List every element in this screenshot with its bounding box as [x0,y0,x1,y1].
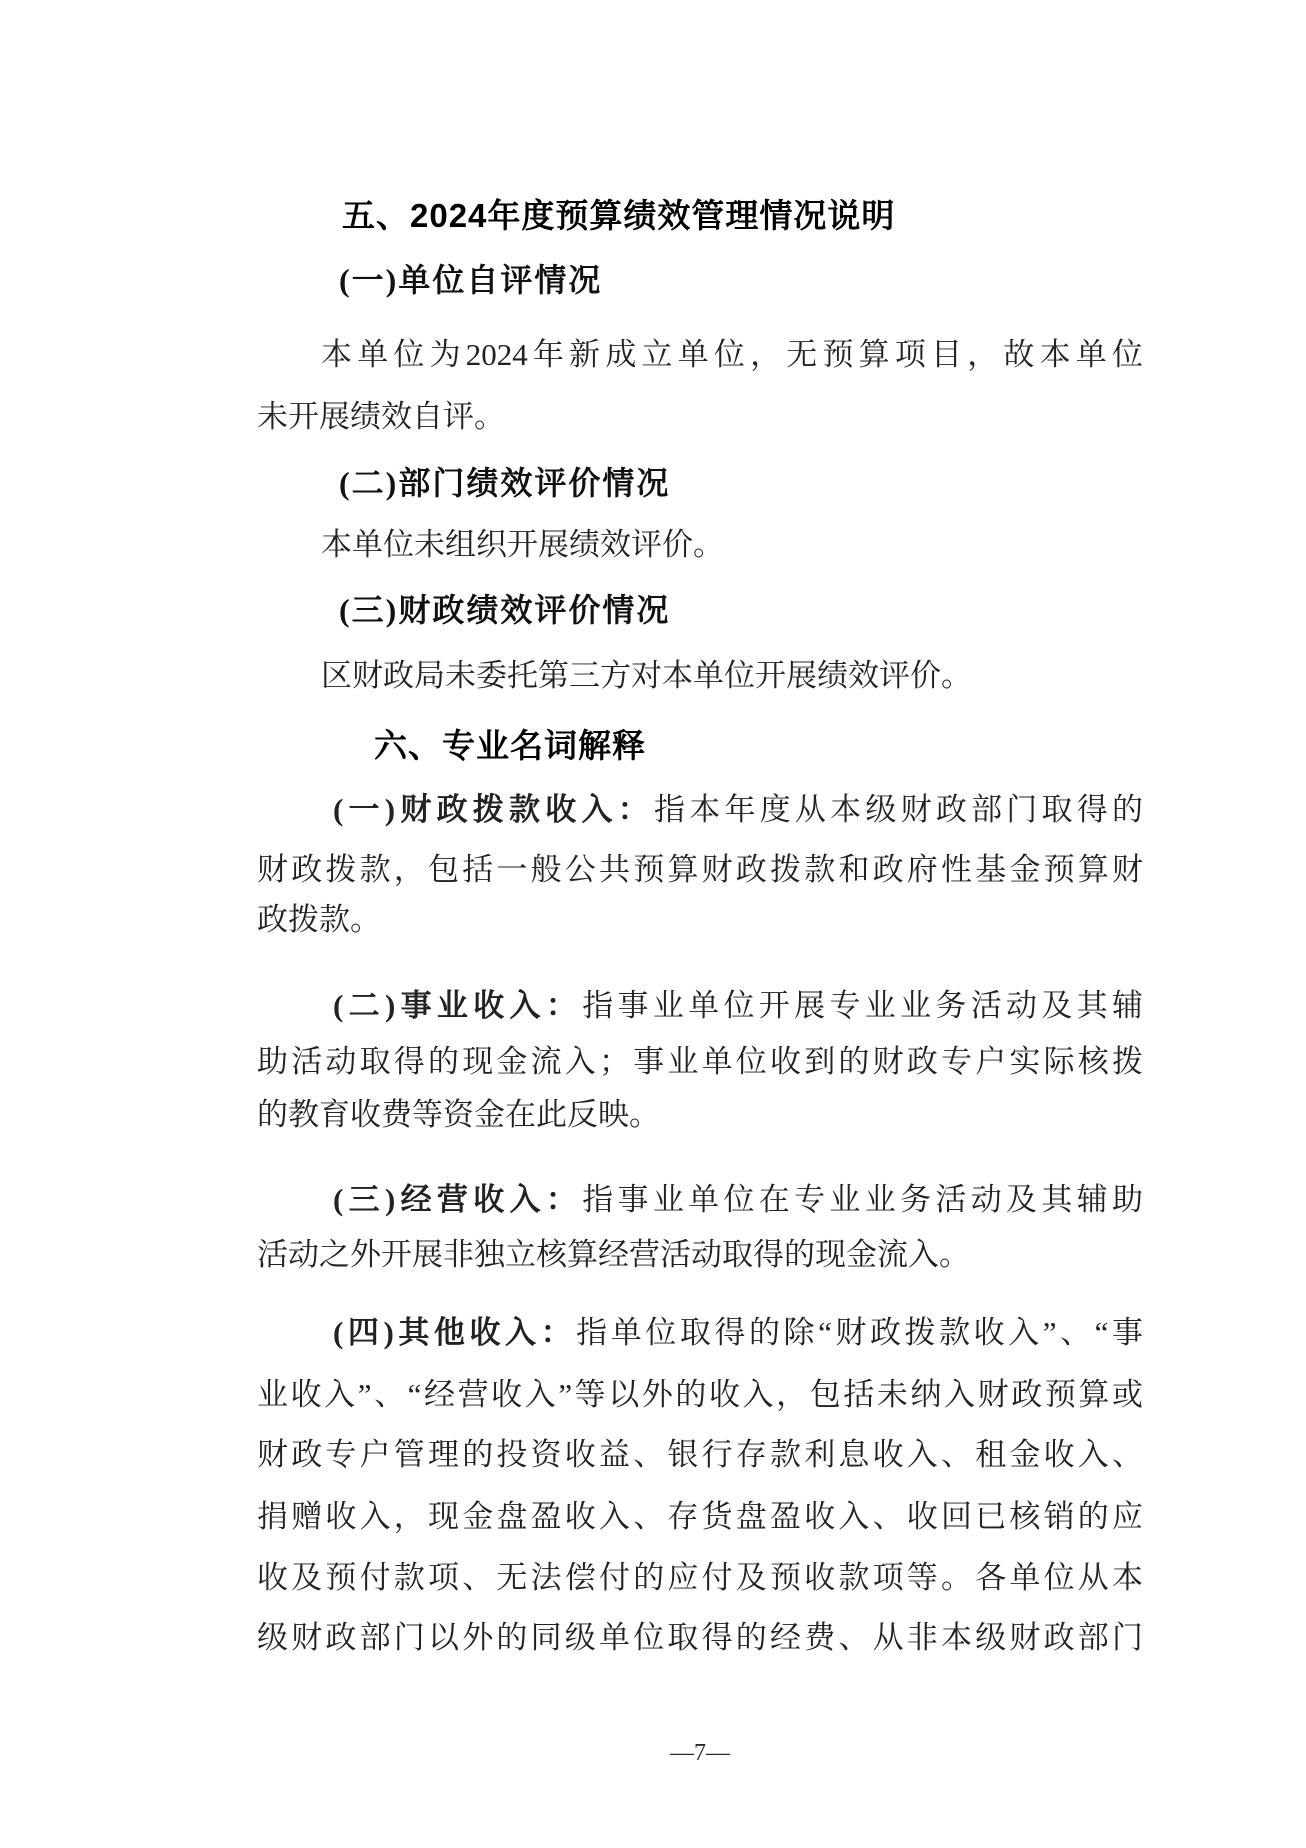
body-line: 未开展绩效自评。 [257,398,1143,436]
term-line: (三)经营收入：指事业单位在专业业务活动及其辅助 [257,1181,1143,1219]
term-text: 指事业单位开展专业业务活动及其辅 [582,988,1143,1023]
term-line: 政拨款。 [257,901,1143,939]
term-line: (四)其他收入：指单位取得的除“财政拨款收入”、“事 [257,1314,1143,1352]
subsection-two-heading: (二)部门绩效评价情况 [339,464,670,502]
page-number: —7— [257,1739,1143,1767]
term-line: 的教育收费等资金在此反映。 [257,1096,1143,1134]
term-label: (四)其他收入： [333,1315,576,1350]
term-label: (一)财政拨款收入： [333,792,654,827]
term-line: (一)财政拨款收入：指本年度从本级财政部门取得的 [257,791,1143,829]
term-label: (三)经营收入： [333,1182,582,1217]
term-text: 指本年度从本级财政部门取得的 [654,792,1143,827]
body-line: 本单位为2024年新成立单位，无预算项目，故本单位 [257,336,1143,374]
term-line: 助活动取得的现金流入；事业单位收到的财政专户实际核拨 [257,1043,1143,1081]
section-six-heading: 六、专业名词解释 [374,726,646,766]
term-line: 业收入”、“经营收入”等以外的收入，包括未纳入财政预算或 [257,1376,1143,1414]
subsection-one-heading: (一)单位自评情况 [339,261,602,299]
body-line: 区财政局未委托第三方对本单位开展绩效评价。 [257,657,1143,695]
body-line: 本单位未组织开展绩效评价。 [257,526,1143,564]
term-text: 指事业单位在专业业务活动及其辅助 [582,1182,1143,1217]
subsection-three-heading: (三)财政绩效评价情况 [339,591,670,629]
term-label: (二)事业收入： [333,988,582,1023]
term-line: 财政专户管理的投资收益、银行存款利息收入、租金收入、 [257,1436,1143,1474]
term-line: 收及预付款项、无法偿付的应付及预收款项等。各单位从本 [257,1559,1143,1597]
document-page: 五、2024年度预算绩效管理情况说明 (一)单位自评情况 本单位为2024年新成… [0,0,1306,1848]
section-five-heading: 五、2024年度预算绩效管理情况说明 [342,196,895,236]
term-text: 指单位取得的除“财政拨款收入”、“事 [576,1315,1143,1350]
term-line: 级财政部门以外的同级单位取得的经费、从非本级财政部门 [257,1619,1143,1657]
term-line: 财政拨款，包括一般公共预算财政拨款和政府性基金预算财 [257,851,1143,889]
term-line: 活动之外开展非独立核算经营活动取得的现金流入。 [257,1236,1143,1274]
term-line: 捐赠收入，现金盘盈收入、存货盘盈收入、收回已核销的应 [257,1498,1143,1536]
term-line: (二)事业收入：指事业单位开展专业业务活动及其辅 [257,987,1143,1025]
